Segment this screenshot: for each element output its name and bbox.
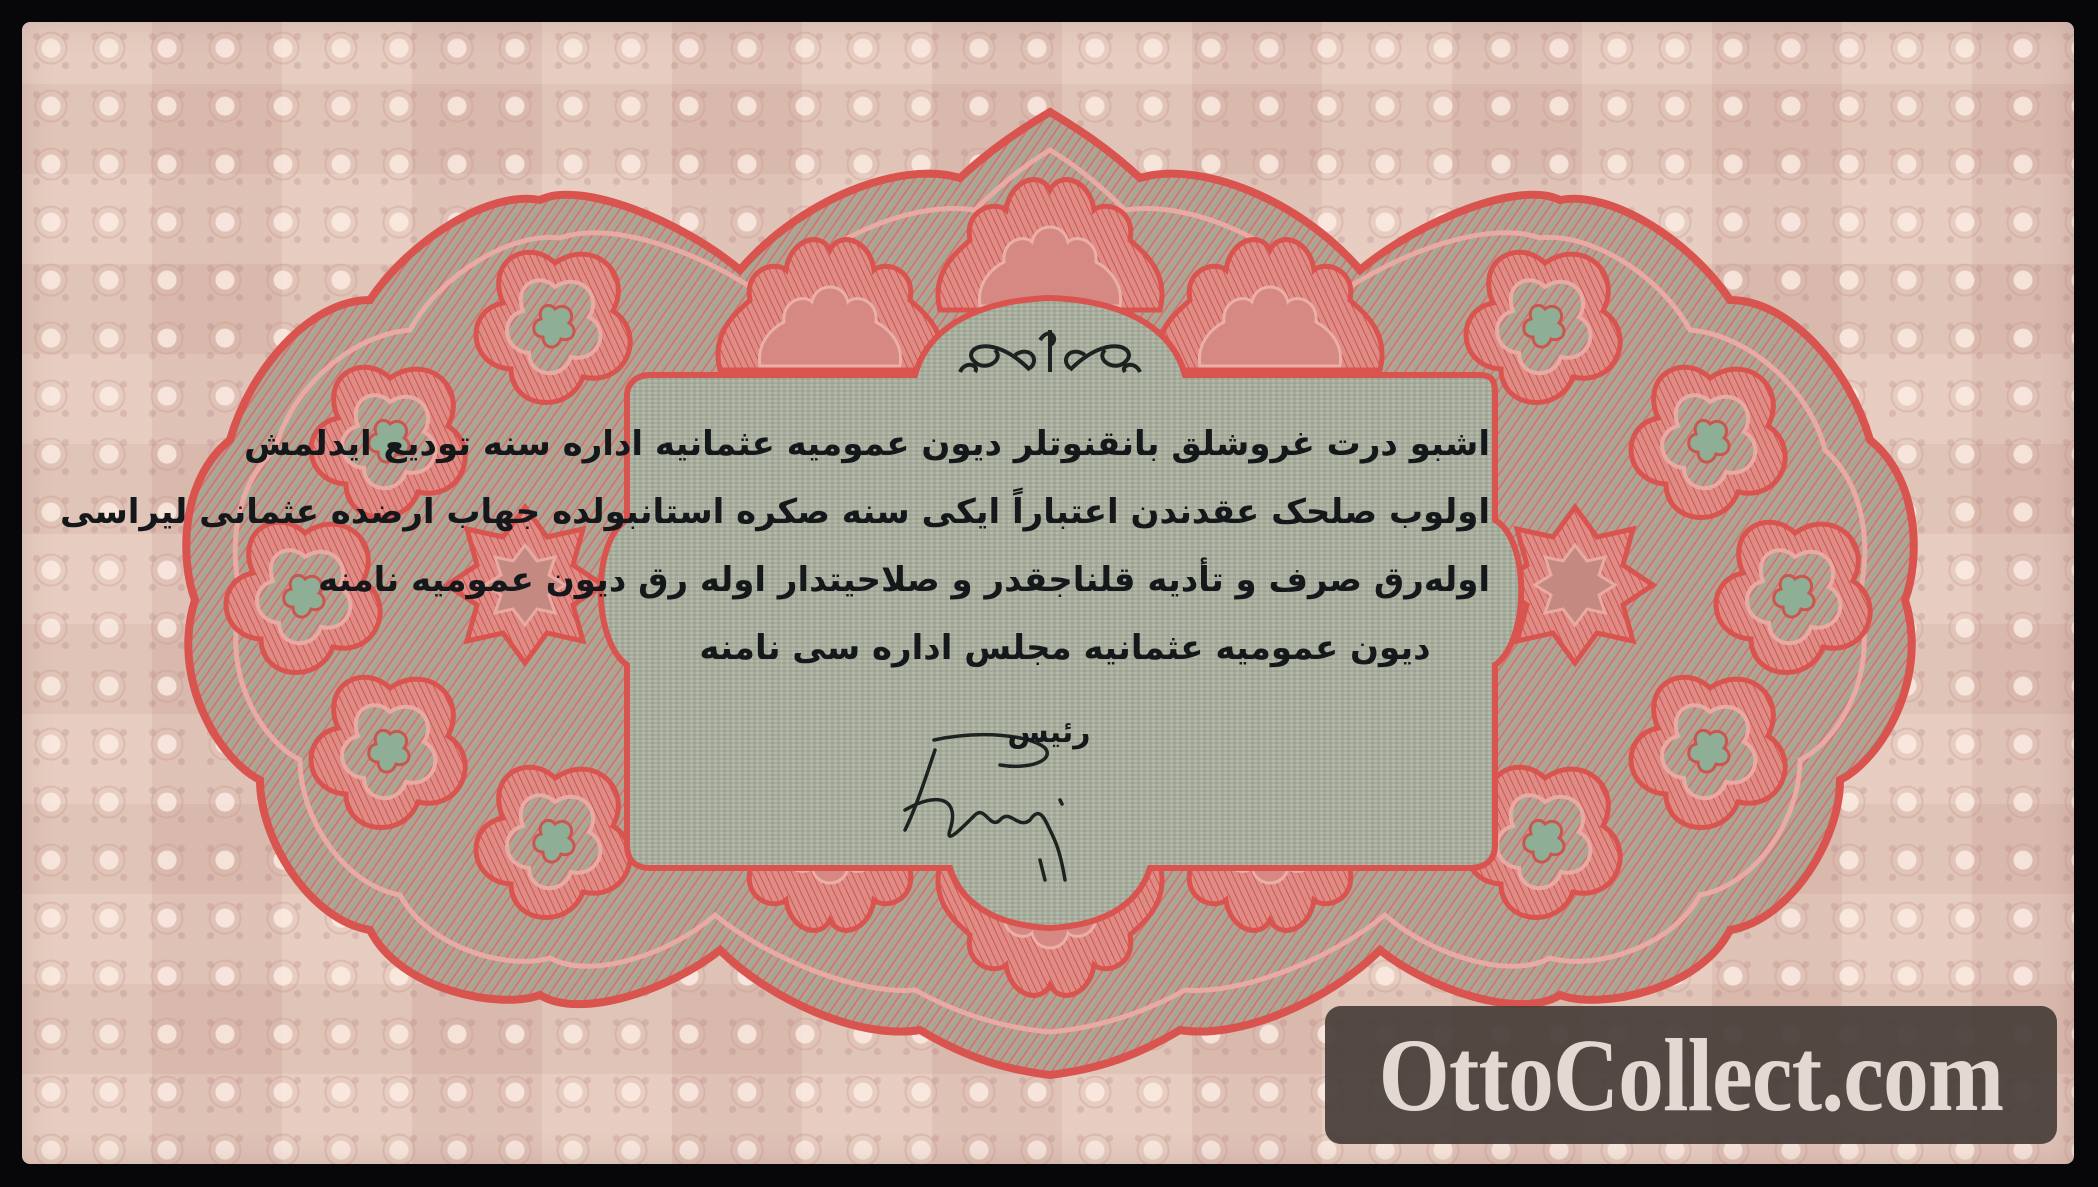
text-line: دیون عمومیه عثمانیه مجلس اداره سی نامنه xyxy=(640,614,1490,682)
text-line: اولوب صلحک عقدندن اعتباراً ایکی سنه صکره… xyxy=(640,478,1490,546)
banknote-text: اشبو درت غروشلق بانقنوتلر دیون عمومیه عث… xyxy=(640,410,1490,682)
watermark: OttoCollect.com xyxy=(1325,1006,2057,1144)
watermark-text: OttoCollect.com xyxy=(1379,1016,2004,1135)
text-line: اولەرق صرف و تأدیه قلناجقدر و صلاحیتدار … xyxy=(640,546,1490,614)
signature-title: رئیس xyxy=(0,715,2098,750)
text-line: اشبو درت غروشلق بانقنوتلر دیون عمومیه عث… xyxy=(640,410,1490,478)
